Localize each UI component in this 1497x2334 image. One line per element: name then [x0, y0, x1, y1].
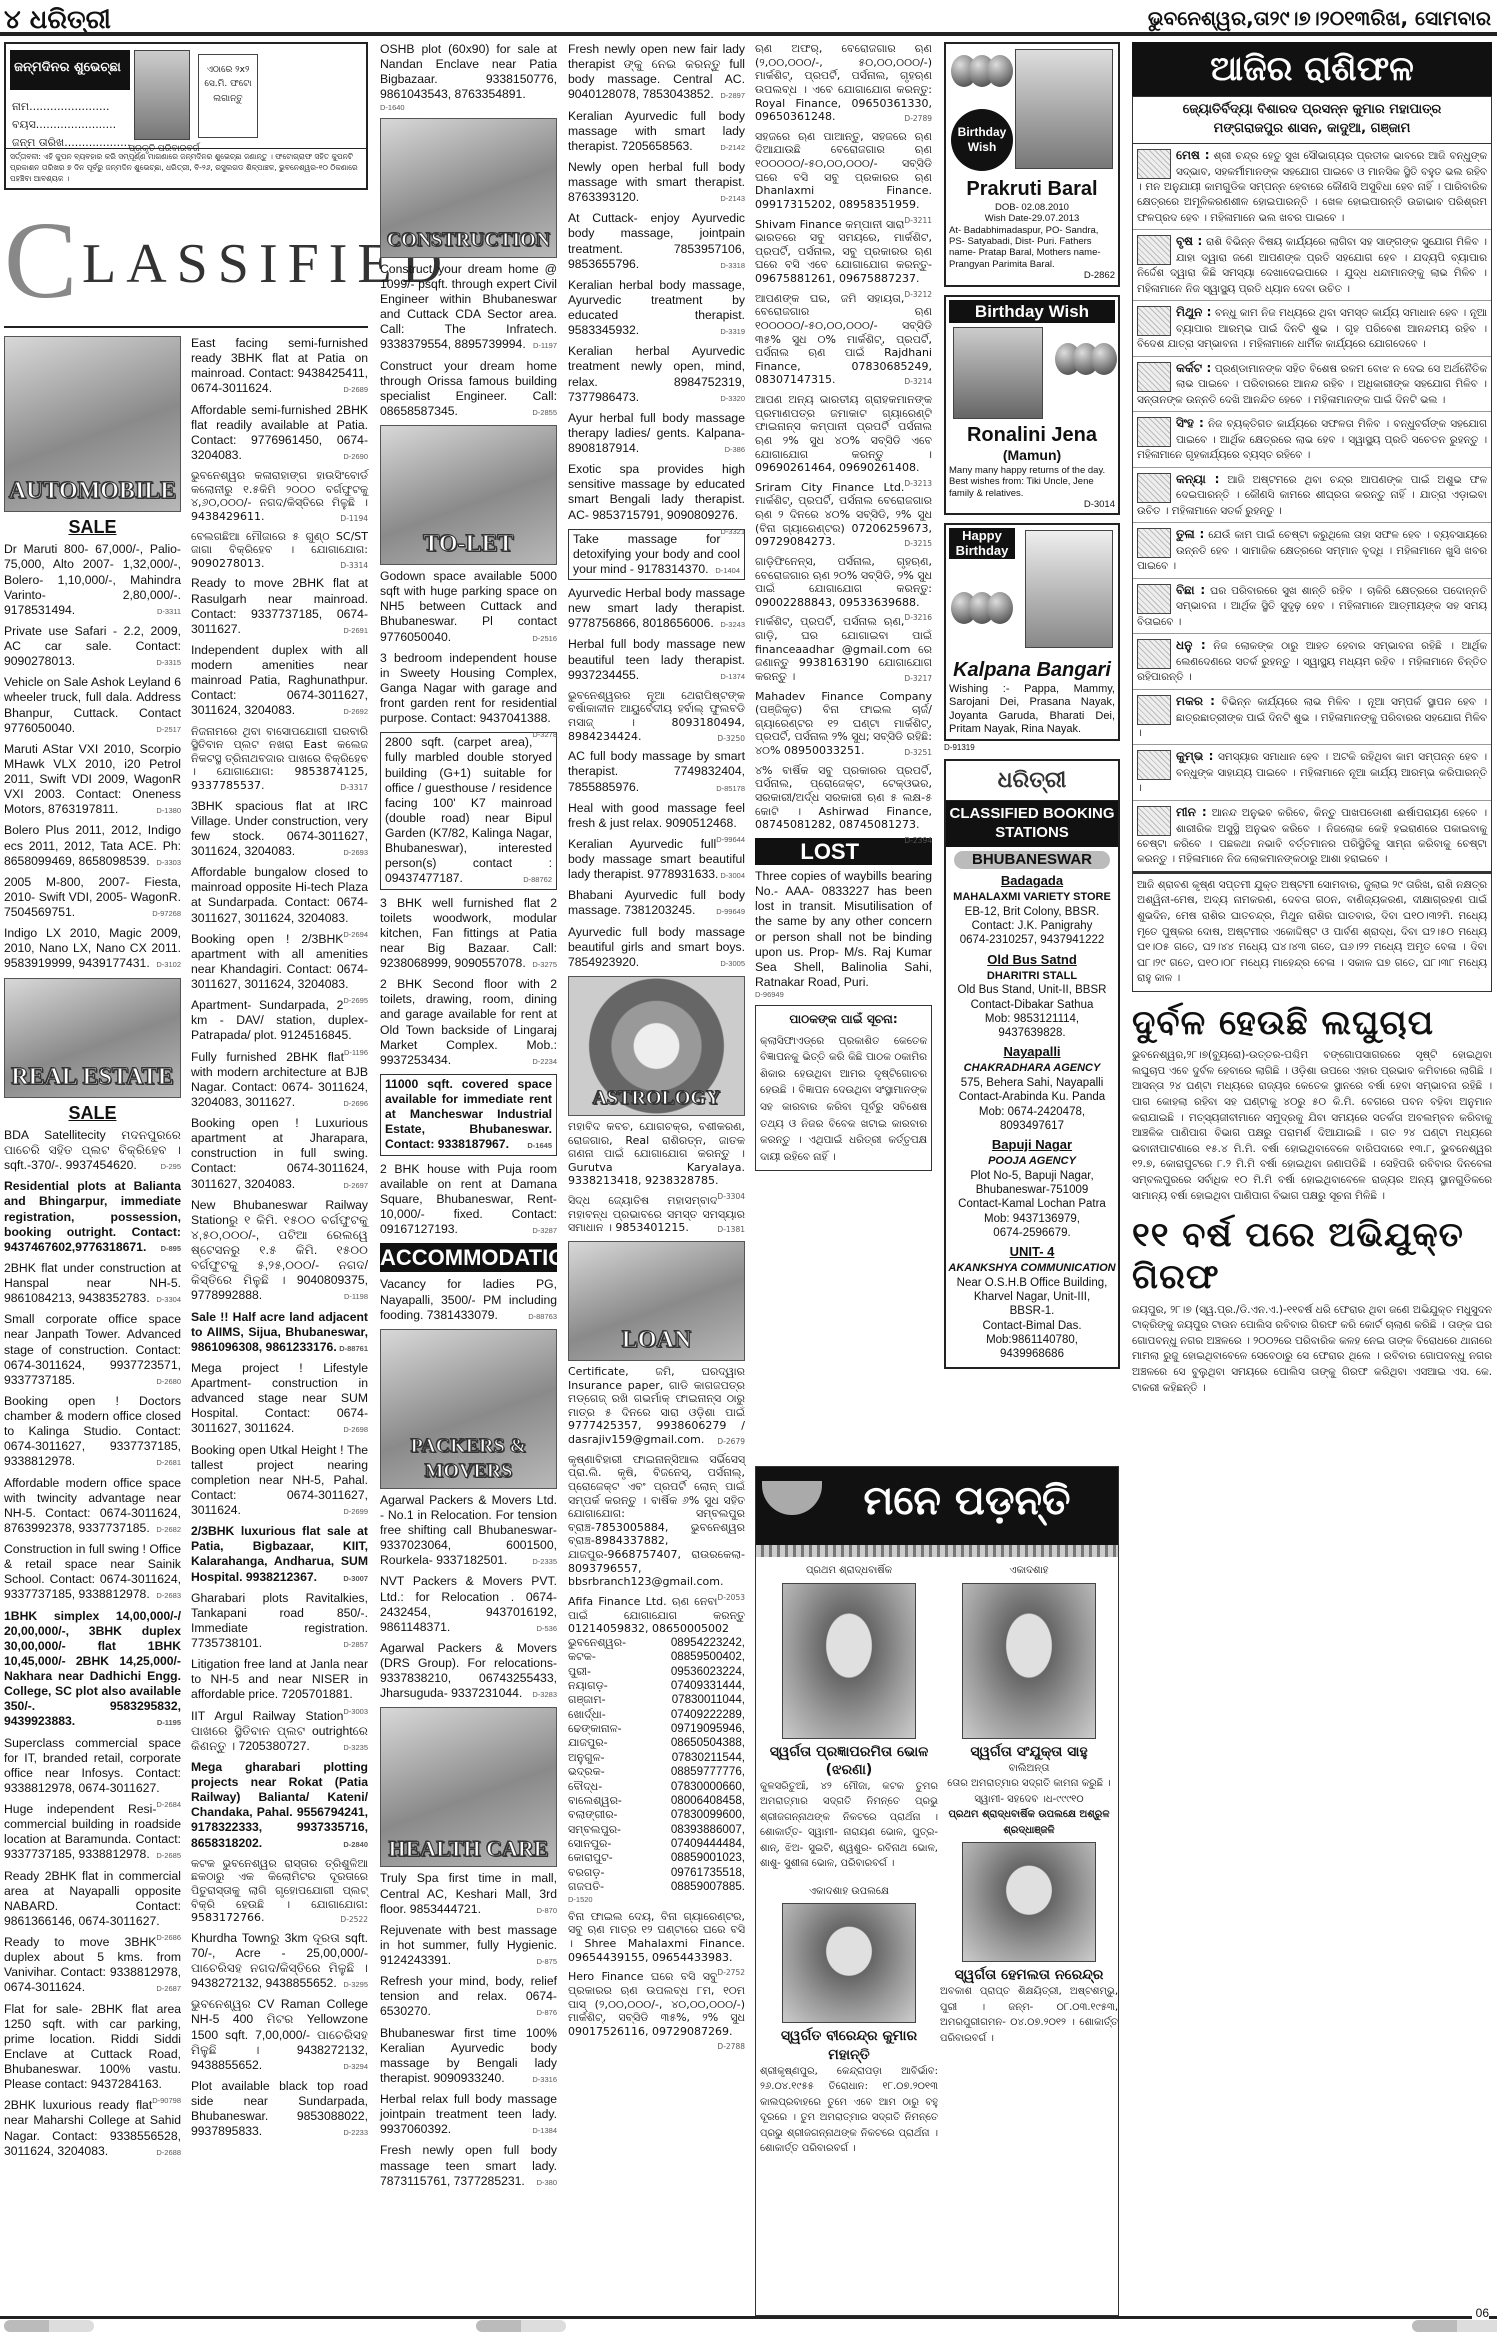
zodiac-icon — [1137, 639, 1171, 669]
ad-text: ଗାଡ଼ିଫିନେନ୍ସ, ପର୍ସନାଲ, ଗୃହଋଣ, ବେରୋଜଗାର ଋ… — [755, 555, 932, 609]
station-detail: Contact-Dibakar Sathua — [946, 998, 1118, 1012]
branch-phone: 07830011044, — [672, 1693, 745, 1707]
ad-text: କଟକ ଭୁବନେଶ୍ୱର ରାସ୍ତାର ତ୍ରିଶୁଳିଆ ଛକଠାରୁ ଏ… — [191, 1857, 368, 1925]
ad-code: D-876 — [537, 2008, 557, 2017]
ad-text: Huge independent Resi-commercial buildin… — [4, 1802, 181, 1861]
ad-code: D-2692 — [343, 707, 368, 716]
classified-ad: BDA Satellitecity ମଦନପୁରରେ ପାଚେରି ସହିତ ପ… — [4, 1128, 181, 1173]
booking-station: Bapuji NagarPOOJA AGENCYPlot No-5, Bapuj… — [946, 1137, 1118, 1240]
ad-code: D-3287 — [532, 1226, 557, 1235]
ad-text: କୃଷ୍ଣାବିହାରୀ ଫାଇନାନ୍ସିଆଲ ସର୍ଭିସେସ୍ ପ୍ରା.… — [568, 1453, 745, 1589]
zodiac-icon — [1137, 750, 1171, 780]
ad-text: Herbal full body massage new beautiful t… — [568, 637, 745, 681]
ad-text: Hero Finance ଘରେ ବସି ସବୁ ପ୍ରକାରର ଋଣ ଉପଲବ… — [568, 1970, 745, 2038]
ad-text: ଆପଣ ଅନ୍ୟ ଭାରତୀୟ ଗ୍ରାହକମାନଙ୍କ ପ୍ରମାଣପତ୍ର … — [755, 393, 932, 474]
ad-code: D-3250 — [717, 734, 745, 743]
ad-text: Keralian Ayurvedic full body massage wit… — [568, 109, 745, 153]
ad-text: Ready 2BHK flat in commercial area at Na… — [4, 1869, 181, 1928]
classified-ad: କୃଷ୍ଣାବିହାରୀ ଫାଇନାନ୍ସିଆଲ ସର୍ଭିସେସ୍ ପ୍ରା.… — [568, 1453, 745, 1589]
loan-label: LOAN — [569, 1326, 744, 1356]
classified-ad: Agarwal Packers & Movers (DRS Group). Fo… — [380, 1641, 557, 1702]
ad-code: D-2696 — [343, 1099, 368, 1108]
ad-code: D-2788 — [717, 2042, 745, 2051]
ad-text: Khurdha Townରୁ 3km ଦୂରତା sqft. 70/-, Acr… — [191, 1931, 368, 1990]
branch-phone: 08954223242, — [671, 1636, 745, 1650]
ad-code: D-3215 — [904, 539, 932, 548]
obituary-name: ସ୍ୱର୍ଗତା ହେମଲତା ନରେନ୍ଦ୍ର — [940, 1966, 1118, 1984]
ad-text: BDA Satellitecity ମଦନପୁରରେ ପାଚେରି ସହିତ ପ… — [4, 1128, 181, 1172]
classified-ad: Affordable bungalow closed to mainroad o… — [191, 865, 368, 926]
ad-text: 3BHK spacious flat at IRC Village. Under… — [191, 799, 368, 858]
branch-row: ଭଦ୍ରକ-08859777776, — [568, 1765, 745, 1779]
ad-text: Booking open ! Doctors chamber & modern … — [4, 1394, 181, 1469]
branch-row: ସୋନପୁର-07409444484, — [568, 1837, 745, 1851]
classified-ad: Sriram City Finance Ltd. ମାର୍କଶିଟ୍, ପ୍ରପ… — [755, 481, 932, 549]
branch-phone: 07409444484, — [671, 1837, 745, 1851]
ad-code: D-295 — [161, 1162, 181, 1171]
station-detail: Mob: 9853121114, — [946, 1012, 1118, 1026]
branch-phone: 08859001023, — [671, 1851, 745, 1865]
zodiac-name: ମିଥୁନ : — [1176, 305, 1211, 319]
ad-text: Affordable modern office space with twin… — [4, 1476, 181, 1535]
accommodation-ad-list: Vacancy for ladies PG, Nayapalli, 3500/-… — [380, 1277, 557, 1322]
ad-code: D-2691 — [343, 626, 368, 635]
branch-place: ଗଜପତି- — [568, 1880, 604, 1894]
dateline: ଭୁବନେଶ୍ୱର,ତା୨୯।୭।୨୦୧୩ରିଖ, ସୋମବାର — [1148, 6, 1491, 31]
packers-image: PACKERS & MOVERS — [380, 1329, 557, 1489]
ad-code: D-1198 — [344, 1292, 368, 1301]
ad-text: 3 bedroom independent house in Sweety Ho… — [380, 651, 557, 726]
station-shop: AKANKSHYA COMMUNICATION — [946, 1262, 1118, 1276]
ad-code: D-3304 — [156, 1295, 181, 1304]
ad-text: 2800 sqft. (carpet area), fully marbled … — [385, 735, 552, 885]
lost-ad: Three copies of waybills bearing No.- AA… — [755, 869, 932, 999]
classified-ad: Keralian herbal Ayurvedic treatment newl… — [568, 344, 745, 405]
branch-phone: 08859007885. — [671, 1880, 745, 1894]
booking-station: BadagadaMAHALAXMI VARIETY STOREEB-12, Br… — [946, 873, 1118, 947]
ad-text: Mahadev Finance Company (ପଞ୍ଜିକୃତ) ବିନା … — [755, 690, 932, 758]
classified-ad: 3BHK spacious flat at IRC Village. Under… — [191, 799, 368, 860]
zodiac-sign: ମୀନ : ଆନନ୍ଦ ଅନୁଭବ କରିବେ, କିନ୍ତୁ ପାଖପଡୋଶୀ… — [1133, 800, 1491, 871]
zodiac-name: ମକର : — [1176, 694, 1215, 708]
classified-ad: 2/3BHK luxurious flat sale at Patia, Big… — [191, 1524, 368, 1585]
classified-ad: Booking open Utkal Height ! The tallest … — [191, 1443, 368, 1519]
classified-ad: Ready to move 3BHK duplex about 5 kms. f… — [4, 1935, 181, 1996]
ad-text: Godown space available 5000 sqft with hu… — [380, 569, 557, 644]
branch-phone: 09536023224, — [671, 1665, 745, 1679]
obituary-title: ମନେ ପଡ଼ନ୍ତି — [863, 1478, 1070, 1524]
branch-place: ବୌଦ୍ଧ- — [568, 1780, 602, 1794]
classified-logo: C LASSIFIED — [4, 208, 368, 318]
station-area: Nayapalli — [946, 1044, 1118, 1060]
ad-code: D-386 — [725, 445, 745, 454]
classified-ad: Ready 2BHK flat in commercial area at Na… — [4, 1869, 181, 1930]
ad-code: D-3003 — [343, 1707, 368, 1716]
ad-code: D-88762 — [523, 875, 552, 884]
ad-text: Dr Maruti 800- 67,000/-, Palio-75,000, A… — [4, 542, 181, 617]
ad-text: Refresh your mind, body, relief tension … — [380, 1974, 557, 2018]
station-shop: POOJA AGENCY — [946, 1155, 1118, 1169]
branch-row: ପୁରୀ-09536023224, — [568, 1665, 745, 1679]
branch-place: ଭୁବନେଶ୍ୱର- — [568, 1636, 626, 1650]
classified-ad: ଗାଡ଼ିଫିନେନ୍ସ, ପର୍ସନାଲ, ଗୃହଋଣ, ବେରୋଜଗାର ଋ… — [755, 555, 932, 610]
zodiac-name: ବିଛା : — [1176, 583, 1205, 597]
branch-phone: 07409222289, — [671, 1708, 745, 1722]
news-body: ଭୁବନେଶ୍ୱର,୨୮।୭(ବ୍ୟୁରୋ)-ଉତ୍ତର-ପଶ୍ଚିମ ବଙ୍ଗ… — [1132, 1048, 1492, 1204]
ad-code: D-1197 — [533, 341, 557, 350]
ad-text: Shivam Finance କମ୍ପାନୀ ସାରା ଭାରତରେ ସବୁ ସ… — [755, 218, 932, 286]
classified-ad: 3 bedroom independent house in Sweety Ho… — [380, 651, 557, 727]
ad-code: D-1645 — [527, 1141, 552, 1150]
branch-place: ଖୋର୍ଦ୍ଧା- — [568, 1708, 606, 1722]
classified-ad: Keralian Ayurvedic full body massage wit… — [568, 109, 745, 154]
wish-address: At- Badabhimadaspur, PO- Sandra, PS- Sat… — [949, 225, 1115, 271]
diya-lamp-icon — [762, 1481, 822, 1515]
wish-name: Ronalini Jena — [949, 423, 1115, 448]
astrology-ad-list: ମହାବିଦ କବଚ, ଯୋଗଚକ୍ର, ବଶୀକରଣ, ରୋଜଗାର, Rea… — [568, 1120, 745, 1235]
birthday-coupon: ଜନ୍ମଦିନର ଶୁଭେଚ୍ଛା ନାମ...................… — [4, 42, 368, 190]
zodiac-name: ବୃଷ : — [1176, 234, 1202, 248]
ad-text: Agarwal Packers & Movers Ltd. - No.1 in … — [380, 1493, 557, 1568]
station-detail: Contact: J.K. Panigrahy — [946, 919, 1118, 933]
classified-ad: Vacancy for ladies PG, Nayapalli, 3500/-… — [380, 1277, 557, 1322]
scroll-indicator[interactable] — [476, 2320, 566, 2332]
branch-row: ନୟାଗଡ଼-07409331444, — [568, 1679, 745, 1693]
classified-ad: Newly open herbal full body massage with… — [568, 160, 745, 205]
ad-code: D-2143 — [720, 194, 745, 203]
classified-ad: Ready to move 2BHK flat at Rasulgarh nea… — [191, 576, 368, 637]
zodiac-sign: ତୁଳା : ଯେଉଁ କାମ ପାଇଁ ଚେଷ୍ଟା କରୁଥିଲେ ତାହା… — [1133, 522, 1491, 578]
girl-photo — [953, 327, 1043, 419]
ad-text: Ayurvedic Herbal body massage new smart … — [568, 586, 745, 630]
portrait-photo — [962, 1583, 1096, 1739]
classified-ad: Ayurvedic full body massage beautiful gi… — [568, 925, 745, 970]
branch-place: ଗଞ୍ଜାମ- — [568, 1693, 606, 1707]
ad-text: Booking open Utkal Height ! The tallest … — [191, 1443, 368, 1518]
ad-text: Ayur herbal full body massage therapy la… — [568, 411, 745, 455]
accommodation-heading: ACCOMMODATION — [380, 1243, 557, 1272]
ad-text: 2 BHK Second floor with 2 toilets, drawi… — [380, 977, 557, 1067]
ad-text: At Cuttack- enjoy Ayurvedic body massage… — [568, 211, 745, 270]
ad-text: Private use Safari - 2.2, 2009, AC car s… — [4, 624, 181, 668]
ad-code: D-3251 — [904, 748, 932, 757]
classified-ad: 2005 M-800, 2007- Fiesta, 2010- Swift VD… — [4, 875, 181, 920]
classified-ad: Heal with good massage feel fresh & just… — [568, 801, 745, 831]
obituary-occasion: ପ୍ରଥମ ଶ୍ରାଦ୍ଧବାର୍ଷିକ ଉପଲକ୍ଷେ ଅଶ୍ରୁଳ ଶ୍ରଦ… — [940, 1807, 1118, 1838]
classified-ad: Gharabari plots Ravitalkies, Tankapani r… — [191, 1591, 368, 1652]
news-article: ୧୧ ବର୍ଷ ପରେ ଅଭିଯୁକ୍ତ ଗିରଫଜୟପୁର, ୨୮।୭ (ସ୍… — [1132, 1214, 1492, 1396]
wish-name: Kalpana Bangari — [949, 658, 1115, 683]
classified-ad: At Cuttack- enjoy Ayurvedic body massage… — [568, 211, 745, 272]
classified-ad: Flat for sale- 2BHK flat area 1250 sqft.… — [4, 2002, 181, 2093]
ad-code: D-2855 — [532, 408, 557, 417]
health-care-image: HEALTH CARE — [380, 1707, 557, 1867]
ad-text: 2 BHK house with Puja room available on … — [380, 1162, 557, 1237]
branch-place: ଢେଙ୍କାନାଳ- — [568, 1722, 622, 1736]
scroll-indicator[interactable] — [1412, 2320, 1497, 2332]
branch-place: ବରଗଡ଼- — [568, 1866, 604, 1880]
classified-ad: Booking open ! 2/3BHK apartment with all… — [191, 932, 368, 993]
scroll-indicator[interactable] — [4, 2320, 94, 2332]
classified-ad: Indigo LX 2010, Magic 2009, 2010, Nano L… — [4, 926, 181, 971]
ad-code: D-2686 — [156, 1933, 181, 1942]
ad-code: D-3278 — [532, 730, 557, 739]
classified-ad: Construct your dream home @ 1099/- psqft… — [380, 262, 557, 353]
zodiac-list: ମେଷ : ଶ୍ରୀ ଚନ୍ଦ୍ର ହେତୁ ସୁଖ ସୌଭାଗ୍ୟର ପ୍ରତ… — [1133, 144, 1491, 871]
ad-text: Indigo LX 2010, Magic 2009, 2010, Nano L… — [4, 926, 181, 970]
obituary-right: ଏକାଦଶାହ ସ୍ୱର୍ଗତା ସଂଯୁକ୍ତା ସାହୁ ବାଲିଅନ୍ତା… — [940, 1563, 1118, 2046]
booking-stations: ଧରିତ୍ରୀ CLASSIFIED BOOKING STATIONS BHUB… — [944, 759, 1120, 1370]
ad-text: Booking open ! Luxurious apartment at Jh… — [191, 1116, 368, 1191]
ad-code: D-2680 — [156, 1377, 181, 1386]
column-horoscope-news: ଆଜିର ରାଶିଫଳ ଜ୍ୟୋତିର୍ବିଦ୍ୟା ବିଶାରଦ ପ୍ରସନ୍… — [1132, 42, 1492, 1396]
branch-row: କଟକ-08859500402, — [568, 1650, 745, 1664]
ad-text: IIT Argul Railway Station ପାଖରେ ସ୍ଥିତିବା… — [191, 1709, 368, 1753]
ad-text: OSHB plot (60x90) for sale at Nandan Enc… — [380, 42, 557, 101]
ad-code: D-3316 — [532, 2075, 557, 2084]
station-area: Bapuji Nagar — [946, 1137, 1118, 1153]
classified-ad: Ayur herbal full body massage therapy la… — [568, 411, 745, 456]
classified-ad: Maruti AStar VXI 2010, Scorpio MHawk VLX… — [4, 742, 181, 818]
oshb-ad: OSHB plot (60x90) for sale at Nandan Enc… — [380, 42, 557, 112]
sale-heading: SALE — [4, 516, 181, 538]
station-area: Badagada — [946, 873, 1118, 889]
classified-ad: ମହାବିଦ କବଚ, ଯୋଗଚକ୍ର, ବଶୀକରଣ, ରୋଜଗାର, Rea… — [568, 1120, 745, 1188]
ad-code: D-2516 — [532, 634, 557, 643]
ad-code: D-2683 — [156, 1591, 181, 1600]
panjika-box: ଆଜି ଶ୍ରାବଣ କୃଷ୍ଣ ସପ୍ତମୀ ଯୁକ୍ତ ଅଷ୍ଟମୀ ସୋମ… — [1132, 872, 1492, 992]
classified-ad: Booking open ! Luxurious apartment at Jh… — [191, 1116, 368, 1192]
ad-code: D-2862 — [949, 270, 1115, 281]
branch-phone: 08859500402, — [671, 1650, 745, 1664]
branch-row: ଅନୁଗୁଳ-07830211544, — [568, 1751, 745, 1765]
ad-code: D-870 — [537, 1906, 557, 1915]
photo-paste-box: ଏଠାରେ ୨x୨ ସେ.ମି. ଫଟୋ ଲଗାନ୍ତୁ — [198, 54, 258, 138]
classified-ad: East facing semi-furnished ready 3BHK fl… — [191, 336, 368, 397]
zodiac-icon — [1137, 528, 1171, 558]
classified-ad: Independent duplex with all modern ameni… — [191, 643, 368, 719]
ad-text: Ayurvedic full body massage beautiful gi… — [568, 925, 745, 969]
ad-code: D-1380 — [156, 806, 181, 815]
ad-code: D-3315 — [156, 658, 181, 667]
branch-place: ଅନୁଗୁଳ- — [568, 1751, 605, 1765]
ad-code: D-3211 — [904, 216, 932, 225]
ad-code: D-1640 — [380, 103, 557, 112]
birthday-wish-kalpana: Happy Birthday Kalpana Bangari Wishing :… — [944, 523, 1120, 741]
classified-ad: Fresh newly open full body massage teen … — [380, 2143, 557, 2188]
obituary-body: ଅବକାଶ ପ୍ରାପ୍ତ ଶିକ୍ଷୟିତ୍ରୀ, ଅଷ୍ଟଶମ୍ଭୁ, ପୁ… — [940, 1984, 1118, 2046]
branch-row: ଗଜପତି-08859007885. — [568, 1880, 745, 1894]
branch-row: ଖୋର୍ଦ୍ଧା-07409222289, — [568, 1708, 745, 1722]
ad-text: Residential plots at Balianta and Bhinga… — [4, 1179, 181, 1254]
wish-dob: DOB- 02.08.2010 — [949, 202, 1115, 213]
astrologer-place: ମଙ୍ଗରାଜପୁର ଶାସନ, କାଦୁଆ, ଗଞ୍ଜାମ — [1133, 120, 1491, 139]
classified-ad: Godown space available 5000 sqft with hu… — [380, 569, 557, 645]
classified-ad: Construct your dream home through Orissa… — [380, 359, 557, 420]
ad-text: ସହଜରେ ଋଣ ପାଆନ୍ତୁ, ସହଜରେ ଋଣ ଦିଆଯାଉଛି ବେରୋ… — [755, 130, 932, 211]
zodiac-icon — [1137, 362, 1171, 392]
automobile-label: AUTOMOBILE — [5, 477, 180, 507]
classified-ad: ଆପଣଙ୍କ ଘର, ଜମି ସହାୟତା, ବେରୋଜଗାର ଋଣ ୧୦୦୦୦… — [755, 292, 932, 387]
classified-ad: Dr Maruti 800- 67,000/-, Palio-75,000, A… — [4, 542, 181, 618]
branch-row: କୋରାପୁଟ-08859001023, — [568, 1851, 745, 1865]
classified-ad: Sale !! Half acre land adjacent to AIIMS… — [191, 1310, 368, 1355]
notice-title: ପାଠକଙ୍କ ପାଇଁ ସୂଚନା: — [760, 1010, 927, 1029]
station-detail: 9437639828. — [946, 1026, 1118, 1040]
ad-code: D-2688 — [156, 2148, 181, 2157]
ad-text: Heal with good massage feel fresh & just… — [568, 801, 745, 830]
zodiac-icon — [1137, 806, 1171, 836]
classified-ad: Construction in full swing ! Office & re… — [4, 1542, 181, 1603]
ad-code: D-3243 — [720, 620, 745, 629]
ad-code: D-3318 — [720, 261, 745, 270]
ad-code: D-2335 — [532, 1557, 557, 1566]
construction-image: CONSTRUCTION — [380, 118, 557, 258]
zodiac-sign: ସିଂହ : ନିଜ ବ୍ୟକ୍ତିଗତ କାର୍ଯ୍ୟରେ ସଫଳତା ମିଳ… — [1133, 411, 1491, 467]
ad-text: Plot available black top road side near … — [191, 2079, 368, 2138]
ad-code: D-2857 — [343, 1640, 368, 1649]
ad-code: D-99644 — [716, 835, 745, 844]
classified-ad: Mega gharabari plotting projects near Ro… — [191, 1760, 368, 1851]
health-ad-list: Truly Spa first time in mall, Central AC… — [380, 1871, 557, 2188]
classified-ad: Affordable modern office space with twin… — [4, 1476, 181, 1537]
ad-code: D-2234 — [532, 1057, 557, 1066]
classified-ad: Private use Safari - 2.2, 2009, AC car s… — [4, 624, 181, 669]
top-rule — [0, 32, 1497, 36]
ad-code: D-2679 — [717, 1437, 745, 1446]
ad-text: Rejuvenate with best massage in hot summ… — [380, 1923, 557, 1967]
classified-ad: ବେଲଗଛିଆ ମୌଜାରେ ୫ ଗୁଣ୍ଠ SC/ST ଜାଗା ବିକ୍ରି… — [191, 530, 368, 571]
zodiac-sign: ମେଷ : ଶ୍ରୀ ଚନ୍ଦ୍ର ହେତୁ ସୁଖ ସୌଭାଗ୍ୟର ପ୍ରତ… — [1133, 144, 1491, 229]
classified-ad: ନିଜନାମରେ ଥିବା ବାସୋପଯୋଗୀ ଘରବାରି ସ୍ଥିତିବାନ… — [191, 725, 368, 793]
classified-ad: Small corporate office space near Janpat… — [4, 1312, 181, 1388]
column-construction-tolet: OSHB plot (60x90) for sale at Nandan Enc… — [380, 42, 557, 2195]
branch-phone: 07830099600, — [671, 1808, 745, 1822]
automobile-image: AUTOMOBILE — [4, 336, 181, 512]
station-detail: Old Bus Stand, Unit-II, BBSR — [946, 983, 1118, 997]
branch-phone: 08006408458, — [671, 1794, 745, 1808]
station-detail: EB-12, Brit Colony, BBSR. — [946, 905, 1118, 919]
obituary-body: ଶ୍ରୀକୃଷ୍ଣପୁର, କେନ୍ଦ୍ରାପଡ଼ା ଆବିର୍ଭାବ: ୨୬.… — [760, 2064, 938, 2157]
real-estate-ad-list: BDA Satellitecity ମଦନପୁରରେ ପାଚେରି ସହିତ ପ… — [4, 1128, 181, 2159]
classified-ad: 2BHK flat under construction at Hanspal … — [4, 1261, 181, 1306]
classified-ad: Fresh newly open new fair lady therapist… — [568, 42, 745, 103]
classified-ad: Mahadev Finance Company (ପଞ୍ଜିକୃତ) ବିନା … — [755, 690, 932, 758]
classified-ad: Agarwal Packers & Movers Ltd. - No.1 in … — [380, 1493, 557, 1569]
zodiac-sign: ମିଥୁନ : ବନ୍ଧୁ କାମ ନିଜ ମଧ୍ୟରେ ଥିବା ସମସ୍ତ … — [1133, 300, 1491, 356]
ad-text: ବିନା ଫାଇଲ ଦେୟ, ବିନା ଗ୍ୟାରେଣ୍ଟର, ସବୁ ଋଣ ମ… — [568, 1910, 745, 1964]
station-detail: Contact-Kamal Lochan Patra — [946, 1197, 1118, 1211]
ad-code: D-1194 — [340, 514, 368, 523]
station-shop: MAHALAXMI VARIETY STORE — [946, 891, 1118, 905]
classified-ad: ମାର୍କଶିଟ୍, ପ୍ରପର୍ଟି, ପର୍ସନାଲ ଋଣ, ଗାଡ଼ି, … — [755, 615, 932, 683]
zodiac-icon — [1137, 235, 1171, 265]
ad-text: Ready to move 2BHK flat at Rasulgarh nea… — [191, 576, 368, 635]
zodiac-name: ମୀନ : — [1176, 805, 1207, 819]
wish-image-area: Happy Birthday — [949, 528, 1115, 658]
classified-ad: 2 BHK house with Puja room available on … — [380, 1162, 557, 1238]
ad-text: Keralian herbal body massage, Ayurvedic … — [568, 278, 745, 337]
station-detail: 9439968686 — [946, 1347, 1118, 1361]
ad-code: D-2687 — [156, 1984, 181, 1993]
finance-ad-list-2: ଋଣ ଅଫର୍, ବେରୋଜଗାର ଋଣ (୨,୦୦,୦୦୦/-, ୫୦,୦୦,… — [755, 42, 932, 832]
obituary-section: ମନେ ପଡ଼ନ୍ତି ପ୍ରଥମ ଶ୍ରାଦ୍ଧବାର୍ଷିକ ସ୍ୱର୍ଗତ… — [755, 1466, 1119, 2316]
coupon-title: ଜନ୍ମଦିନର ଶୁଭେଚ୍ଛା — [10, 50, 130, 90]
afifa-branch-list: ଭୁବନେଶ୍ୱର-08954223242,କଟକ-08859500402,ପୁ… — [568, 1636, 745, 1895]
ad-code: D-2684 — [156, 1800, 181, 1809]
ad-text: ମହାବିଦ କବଚ, ଯୋଗଚକ୍ର, ବଶୀକରଣ, ରୋଜଗାର, Rea… — [568, 1120, 745, 1188]
horoscope-box: ଜ୍ୟୋତିର୍ବିଦ୍ୟା ବିଶାରଦ ପ୍ରସନ୍ନ କୁମାର ମହାପ… — [1132, 96, 1492, 872]
branch-row: ଭୁବନେଶ୍ୱର-08954223242, — [568, 1636, 745, 1650]
ad-code: D-3283 — [532, 1690, 557, 1699]
classified-ad: Exotic spa provides high sensitive massa… — [568, 462, 745, 523]
station-detail: Mob:9861140780, — [946, 1333, 1118, 1347]
branch-row: ବରଗଡ଼-09761735518, — [568, 1866, 745, 1880]
tolet-label: TO-LET — [381, 530, 556, 560]
ad-text: Apartment- Sundarpada, 2 km - DAV/ stati… — [191, 998, 368, 1042]
ad-text: ମାର୍କଶିଟ୍, ପ୍ରପର୍ଟି, ପର୍ସନାଲ ଋଣ, ଗାଡ଼ି, … — [755, 615, 932, 683]
ad-text: Fresh newly open full body massage teen … — [380, 2143, 557, 2187]
ad-code: D-1196 — [344, 1048, 368, 1057]
classified-ad: Litigation free land at Janla near to NH… — [191, 1657, 368, 1702]
zodiac-name: କର୍କଟ : — [1176, 361, 1211, 375]
real-estate-image: REAL ESTATE — [4, 978, 181, 1098]
zodiac-icon — [1137, 695, 1171, 725]
station-detail: 575, Behera Sahi, Nayapalli — [946, 1076, 1118, 1090]
reader-notice: ପାଠକଙ୍କ ପାଇଁ ସୂଚନା: କ୍ଲାସିଫାଏଡ୍‌ରେ ପ୍ରକା… — [755, 1005, 932, 1170]
wish-name: Prakruti Baral — [949, 177, 1115, 202]
ad-text: Mega gharabari plotting projects near Ro… — [191, 1760, 368, 1850]
ad-code: D-3007 — [343, 1574, 368, 1583]
ad-text: Superclass commercial space for IT, bran… — [4, 1736, 181, 1795]
ad-text: 2BHK luxurious ready flat near Maharshi … — [4, 2098, 181, 2157]
ad-code: D-2394 — [904, 836, 932, 845]
ad-text: Certificate, ଜମି, ଘରଦ୍ୱାର Insurance pape… — [568, 1365, 745, 1446]
birthday-wish-badge: Birthday Wish — [951, 109, 1013, 171]
wish-nickname: (Mamun) — [949, 447, 1115, 464]
ad-text: Mega project ! Lifestyle Apartment- cons… — [191, 1361, 368, 1436]
column-birthday-booking: Birthday Wish Prakruti Baral DOB- 02.08.… — [944, 42, 1120, 1369]
ad-code: D-2689 — [343, 385, 368, 394]
obituary-place: ବାଲିଅନ୍ତା — [940, 1761, 1118, 1777]
classified-ad: 2BHK luxurious ready flat near Maharshi … — [4, 2098, 181, 2159]
branch-phone: 09719095946, — [671, 1722, 745, 1736]
section-rule — [4, 326, 368, 328]
ad-code: D-2693 — [343, 848, 368, 857]
ad-code: D-3216 — [904, 613, 932, 622]
ad-text: Construct your dream home @ 1099/- psqft… — [380, 262, 557, 352]
ad-code: D-3304 — [717, 1192, 745, 1201]
ad-code: D-99649 — [716, 907, 745, 916]
ad-code: D-3102 — [156, 960, 181, 969]
branch-phone: 08393886007, — [671, 1823, 745, 1837]
station-detail: BBSR-1. — [946, 1304, 1118, 1318]
girl-photo — [1025, 530, 1113, 648]
ad-text: Flat for sale- 2BHK flat area 1250 sqft.… — [4, 2002, 181, 2092]
classified-ad: ଭୁବନେଶ୍ୱର CV Raman College NH-5 400 ମିଟର… — [191, 1997, 368, 2073]
zodiac-icon — [1137, 584, 1171, 614]
birthday-wish-ronalini: Birthday Wish Ronalini Jena (Mamun) Many… — [944, 295, 1120, 516]
ad-text: New Bhubaneswar Railway Stationରୁ ୧ କିମି… — [191, 1198, 368, 1303]
classified-ad: Certificate, ଜମି, ଘରଦ୍ୱାର Insurance pape… — [568, 1365, 745, 1447]
loan-image: LOAN — [568, 1241, 745, 1361]
station-detail: 8093497617 — [946, 1119, 1118, 1133]
classified-ad: Ayurvedic Herbal body massage new smart … — [568, 586, 745, 631]
classified-ad: 2 BHK Second floor with 2 toilets, drawi… — [380, 977, 557, 1068]
classified-ad: Bhubaneswar first time 100% Keralian Ayu… — [380, 2026, 557, 2087]
child-photo — [1015, 49, 1113, 169]
obituary-name: ସ୍ୱର୍ଗତ ବୀରେନ୍ଦ୍ର କୁମାର ମହାନ୍ତି — [760, 2027, 938, 2063]
